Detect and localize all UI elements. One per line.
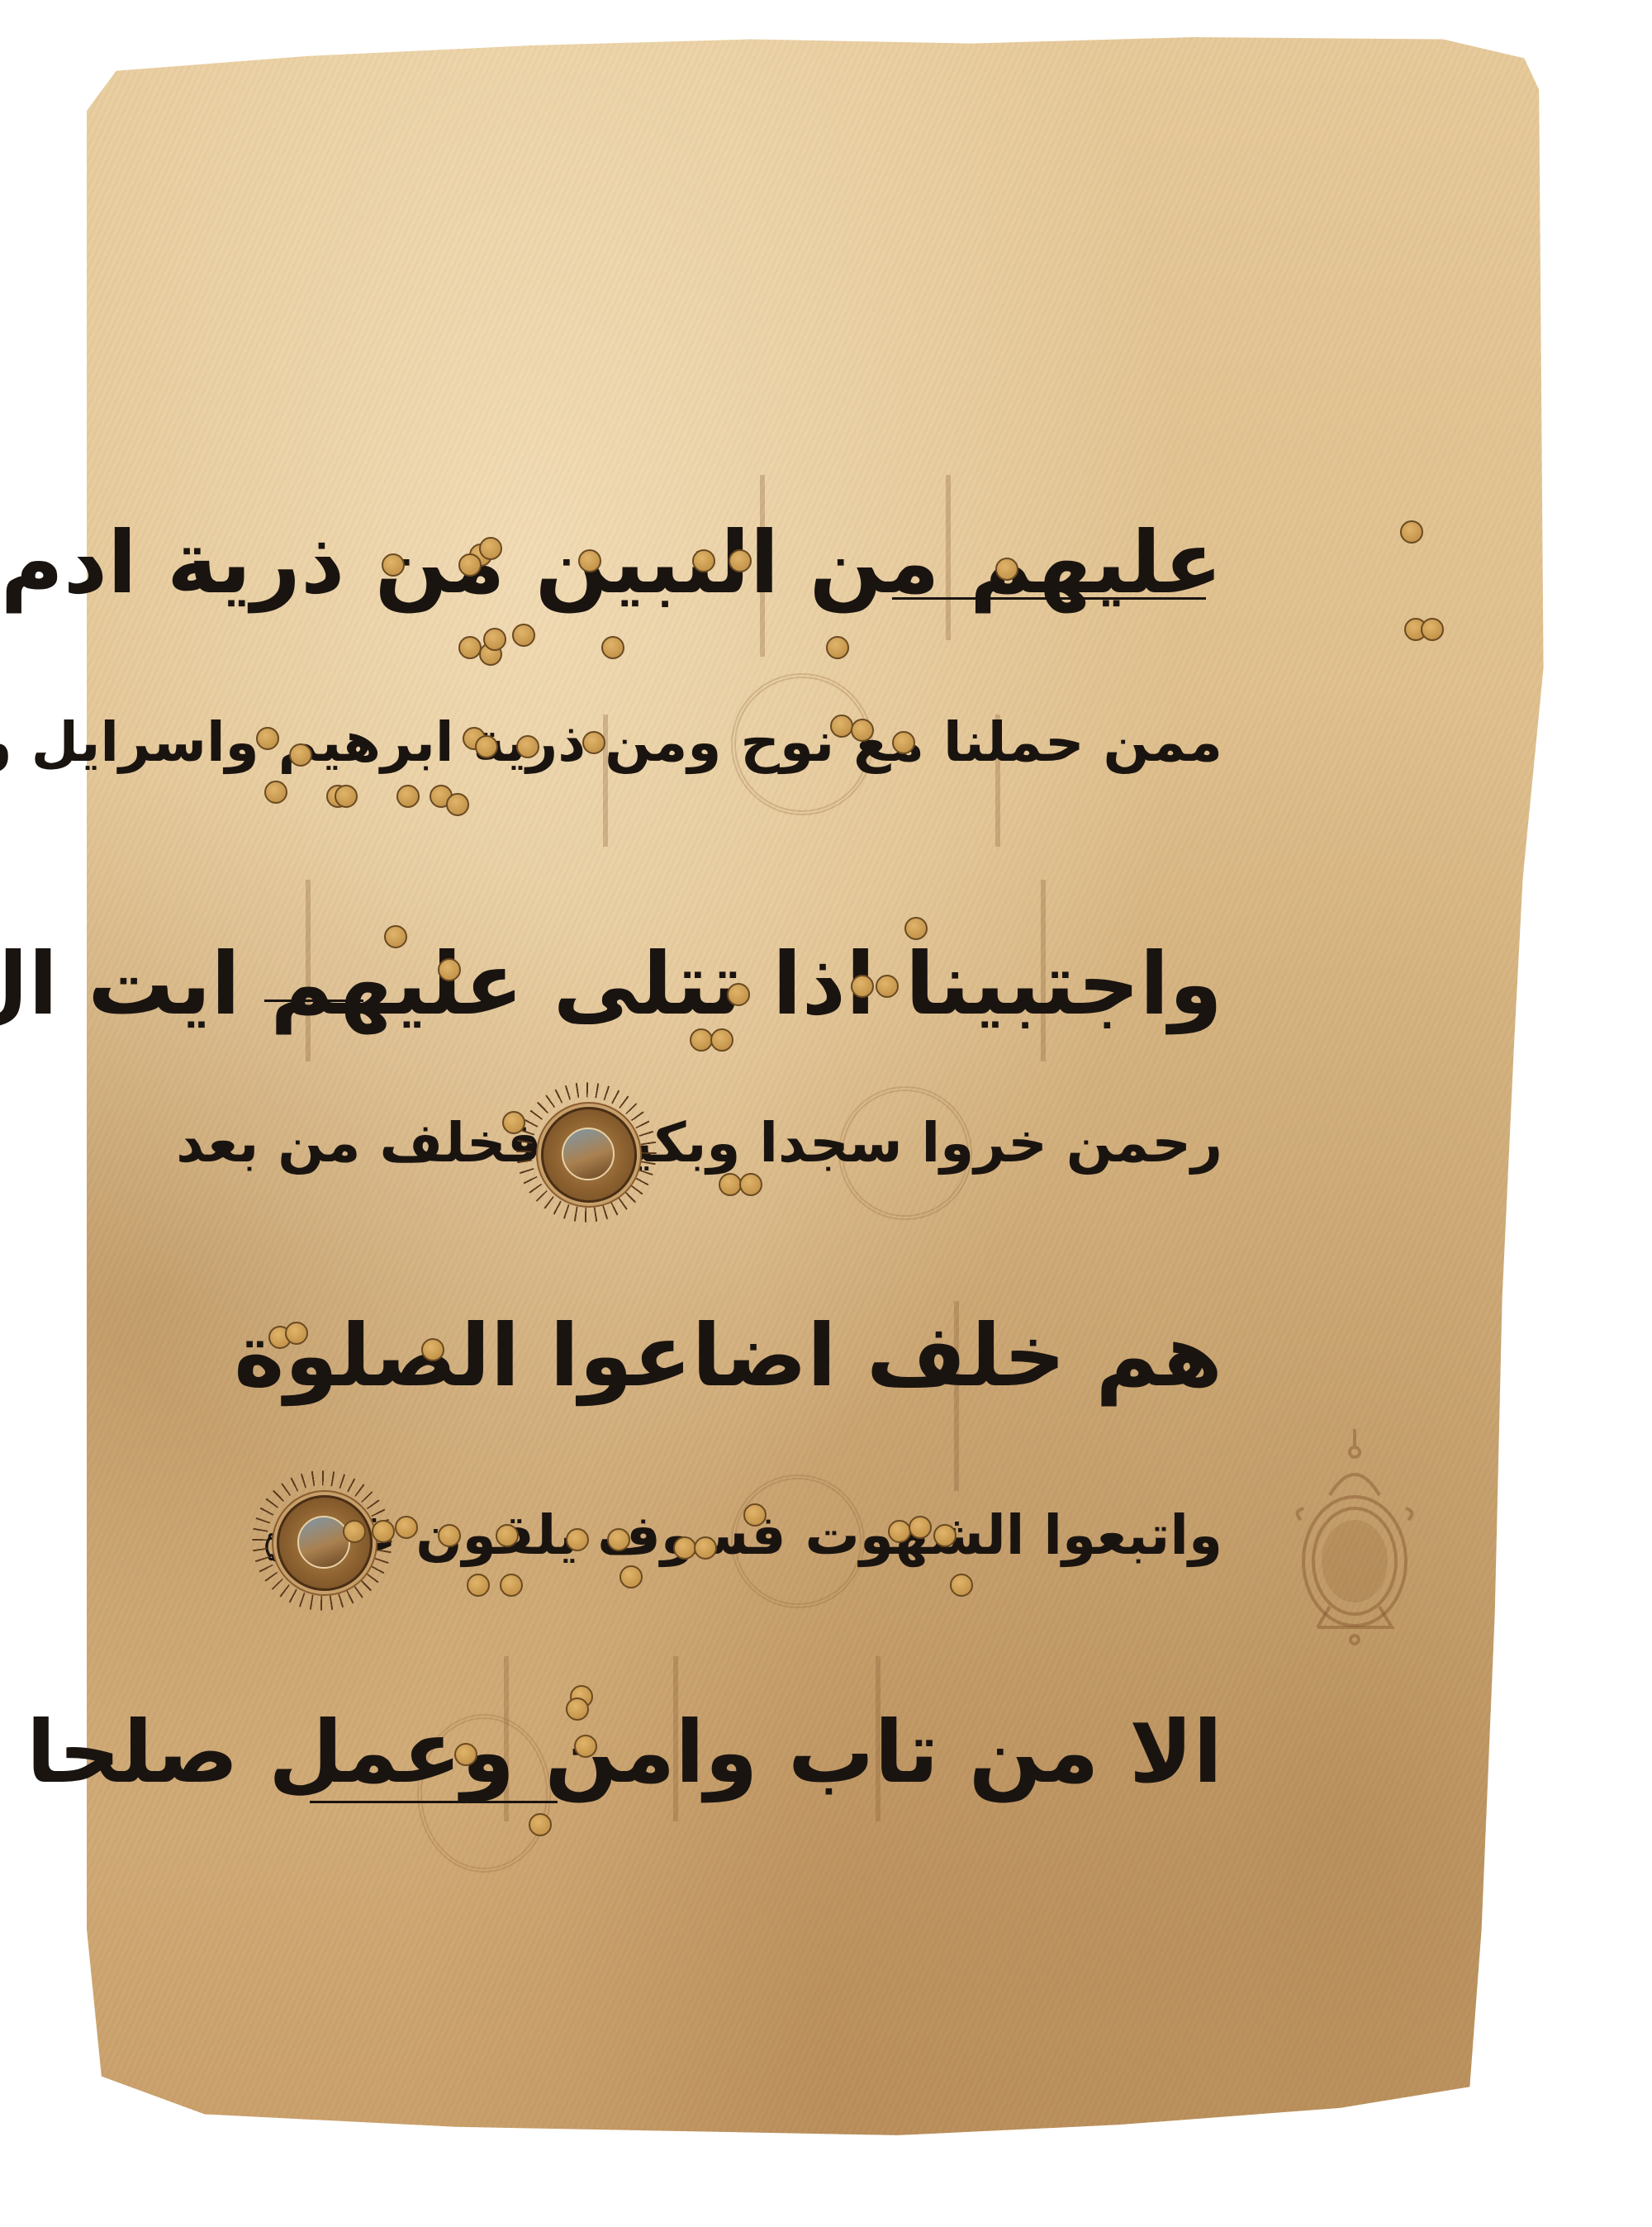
gold-vowel-dot — [933, 1524, 957, 1547]
gold-vowel-dot — [458, 553, 482, 577]
gold-vowel-dot — [372, 1520, 395, 1543]
script-line-2: ممن حملنا مع نوح ومن ذرية ابرهيم واسرايل… — [0, 710, 1222, 774]
gold-vowel-dot — [578, 549, 601, 572]
gold-vowel-dot — [601, 636, 624, 659]
gold-vowel-dot — [892, 731, 915, 754]
manuscript-leaf — [87, 37, 1561, 2139]
script-line-5: هم خلف اضاعوا الصلوة — [234, 1305, 1222, 1406]
gold-vowel-dot — [1421, 618, 1444, 641]
gold-vowel-dot — [421, 1338, 444, 1361]
script-line-7: الا من تاب وامن وعمل صلحا — [26, 1702, 1222, 1802]
gold-vowel-dot — [289, 743, 312, 767]
gold-vowel-dot — [446, 793, 469, 816]
gold-vowel-dot — [950, 1574, 973, 1597]
gold-vowel-dot — [438, 1524, 461, 1547]
gold-vowel-dot — [830, 715, 853, 738]
gold-vowel-dot — [694, 1536, 717, 1560]
gold-vowel-dot — [719, 1173, 742, 1196]
gold-vowel-dot — [335, 785, 358, 808]
gold-vowel-dot — [851, 719, 874, 742]
gold-vowel-dot — [454, 1743, 477, 1766]
gold-vowel-dot — [343, 1520, 366, 1543]
gold-vowel-dot — [395, 1516, 418, 1539]
gold-vowel-dot — [264, 781, 287, 804]
gold-vowel-dot — [904, 917, 928, 940]
gold-vowel-dot — [876, 975, 899, 998]
gold-vowel-dot — [729, 549, 752, 572]
gold-vowel-dot — [479, 537, 502, 560]
gold-vowel-dot — [496, 1524, 519, 1547]
gold-vowel-dot — [483, 628, 506, 651]
gold-vowel-dot — [396, 785, 420, 808]
kashida-stroke — [310, 1801, 558, 1803]
gold-vowel-dot — [727, 983, 750, 1006]
gold-vowel-dot — [739, 1173, 762, 1196]
kashida-stroke — [892, 597, 1206, 600]
gold-vowel-dot — [743, 1503, 767, 1527]
gold-vowel-dot — [909, 1516, 932, 1539]
gold-vowel-dot — [285, 1322, 308, 1345]
gold-rosette-verse-marker-icon — [252, 1470, 392, 1611]
gold-vowel-dot — [566, 1528, 589, 1551]
gold-vowel-dot — [516, 735, 539, 758]
gold-vowel-dot — [851, 975, 874, 998]
gold-vowel-dot — [1400, 520, 1423, 544]
gold-vowel-dot — [566, 1698, 589, 1721]
gold-vowel-dot — [888, 1520, 911, 1543]
gold-vowel-dot — [256, 727, 279, 750]
gold-vowel-dot — [690, 1028, 713, 1052]
gold-vowel-dot — [582, 731, 605, 754]
gold-vowel-dot — [574, 1735, 597, 1758]
gold-vowel-dot — [710, 1028, 733, 1052]
gold-vowel-dot — [500, 1574, 523, 1597]
gold-vowel-dot — [512, 624, 535, 647]
script-line-4: رحمن خروا سجدا وبكيا ۝ فخلف من بعد — [176, 1111, 1222, 1175]
gold-vowel-dot — [607, 1528, 630, 1551]
gold-vowel-dot — [475, 735, 498, 758]
gold-vowel-dot — [619, 1565, 643, 1588]
gold-vowel-dot — [673, 1536, 696, 1560]
gold-vowel-dot — [438, 958, 461, 981]
gold-vowel-dot — [382, 553, 405, 577]
gold-vowel-dot — [529, 1813, 552, 1836]
gold-vowel-dot — [467, 1574, 490, 1597]
gold-vowel-dot — [692, 549, 715, 572]
gold-vowel-dot — [458, 636, 482, 659]
margin-medallion-icon — [1289, 1429, 1421, 1652]
kashida-stroke — [264, 1000, 363, 1002]
gold-vowel-dot — [826, 636, 849, 659]
gold-vowel-dot — [995, 558, 1018, 581]
gold-vowel-dot — [502, 1111, 525, 1134]
gold-rosette-verse-marker-icon — [516, 1082, 657, 1223]
script-line-3: واجتبينا اذا تتلى عليهم ايت ال — [0, 933, 1222, 1034]
gold-vowel-dot — [384, 925, 407, 948]
